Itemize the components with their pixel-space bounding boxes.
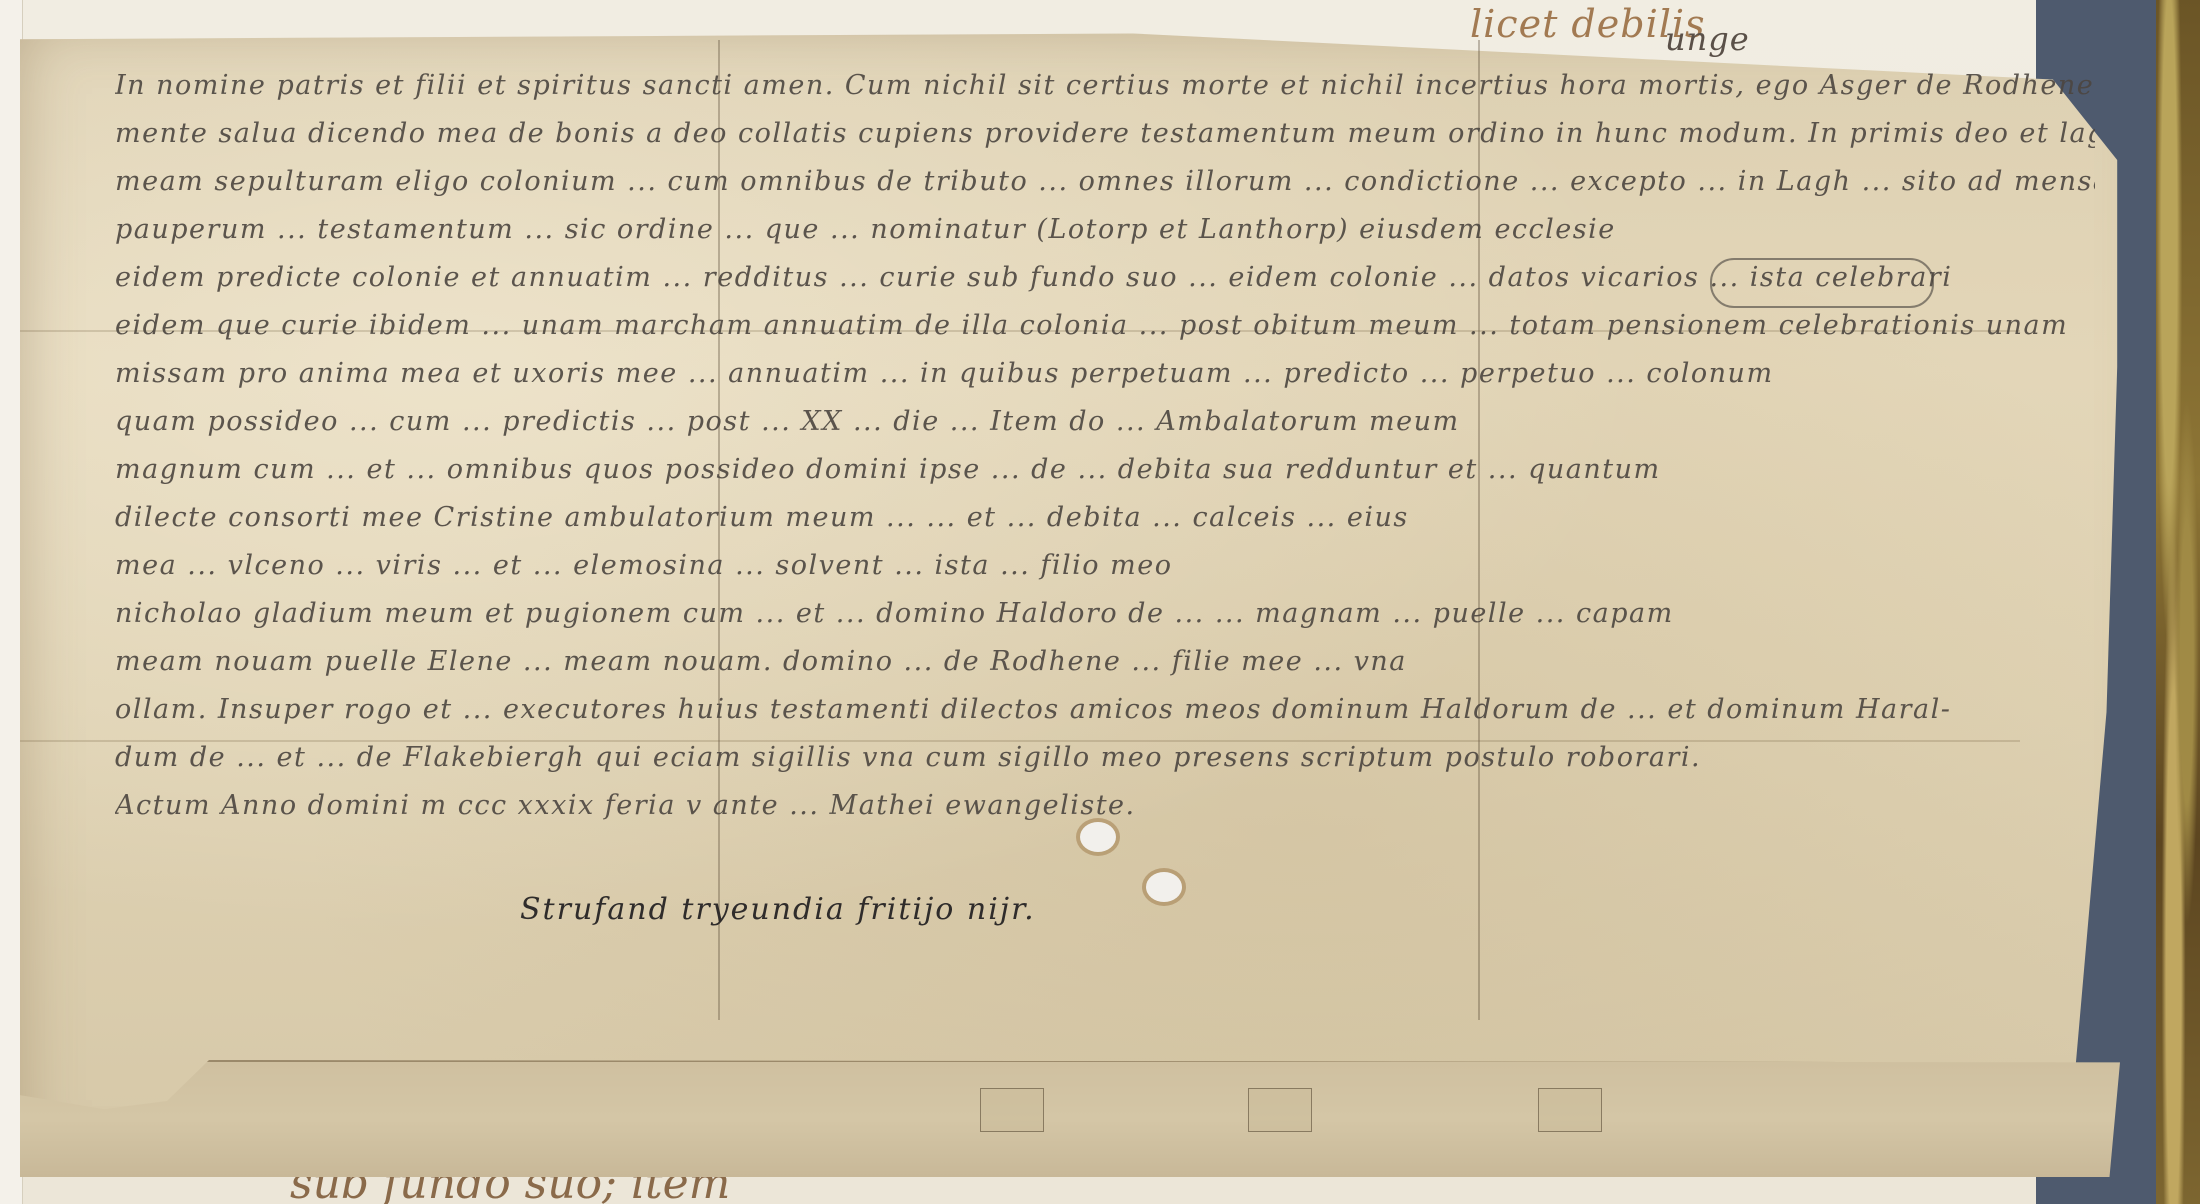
circled-place-names xyxy=(1710,258,1934,308)
later-hand-note: Strufand tryeundia fritijo nijr. xyxy=(520,892,1036,927)
hole xyxy=(1146,872,1182,902)
text-line: mea ... vlceno ... viris ... et ... elem… xyxy=(115,542,2095,590)
seal-slit xyxy=(1248,1088,1312,1132)
text-line: pauperum ... testamentum ... sic ordine … xyxy=(115,206,2095,254)
hole xyxy=(1080,822,1116,852)
seal-slit xyxy=(1538,1088,1602,1132)
text-line: meam sepulturam eligo colonium ... cum o… xyxy=(115,158,2095,206)
text-line: missam pro anima mea et uxoris mee ... a… xyxy=(115,350,2095,398)
seal-slit xyxy=(980,1088,1044,1132)
text-line: mente salua dicendo mea de bonis a deo c… xyxy=(115,110,2095,158)
text-line: nicholao gladium meum et pugionem cum ..… xyxy=(115,590,2095,638)
text-line: ollam. Insuper rogo et ... executores hu… xyxy=(115,686,2095,734)
text-line: dilecte consorti mee Cristine ambulatori… xyxy=(115,494,2095,542)
text-line: In nomine patris et filii et spiritus sa… xyxy=(115,62,2095,110)
charter-text: In nomine patris et filii et spiritus sa… xyxy=(115,62,2095,830)
turn-up-plica xyxy=(20,1060,2120,1177)
marbled-cover xyxy=(2156,0,2200,1204)
text-line: meam nouam puelle Elene ... meam nouam. … xyxy=(115,638,2095,686)
text-line: magnum cum ... et ... omnibus quos possi… xyxy=(115,446,2095,494)
text-line: dum de ... et ... de Flakebiergh qui eci… xyxy=(115,734,2095,782)
underpaper-fragment: unge xyxy=(1665,20,1750,58)
left-paper-strip xyxy=(0,0,23,1204)
text-line: eidem que curie ibidem ... unam marcham … xyxy=(115,302,2095,350)
text-line: quam possideo ... cum ... predictis ... … xyxy=(115,398,2095,446)
